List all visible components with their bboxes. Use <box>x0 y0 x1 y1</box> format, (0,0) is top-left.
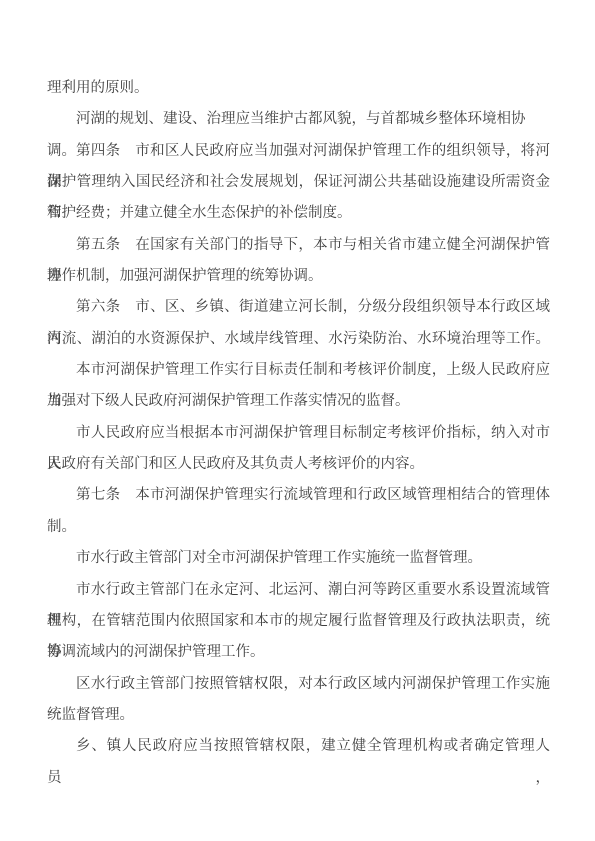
document-line: 协作机制，加强河湖保护管理的统筹协调。 <box>47 261 550 292</box>
document-line: 第五条 在国家有关部门的指导下，本市与相关省市建立健全河湖保护管理 <box>47 230 550 261</box>
document-line: 制。 <box>47 512 550 543</box>
document-line: 管护经费；并建立健全水生态保护的补偿制度。 <box>47 198 550 229</box>
document-line: 河湖的规划、建设、治理应当维护古都风貌，与首都城乡整体环境相协调。 <box>47 104 550 135</box>
document-line: 协调流域内的河湖保护管理工作。 <box>47 637 550 668</box>
document-line: 第六条 市、区、乡镇、街道建立河长制，分级分段组织领导本行政区域内 <box>47 292 550 323</box>
document-line: 保护管理纳入国民经济和社会发展规划，保证河湖公共基础设施建设所需资金和 <box>47 167 550 198</box>
document-line: 一监督管理。 <box>47 700 550 731</box>
document-line: 第四条 市和区人民政府应当加强对河湖保护管理工作的组织领导，将河湖 <box>47 136 550 167</box>
document-line: 第七条 本市河湖保护管理实行流域管理和行政区域管理相结合的管理体 <box>47 480 550 511</box>
document-line: 民政府有关部门和区人民政府及其负责人考核评价的内容。 <box>47 449 550 480</box>
document-line: 本市河湖保护管理工作实行目标责任制和考核评价制度，上级人民政府应当 <box>47 355 550 386</box>
document-line: 区水行政主管部门按照管辖权限，对本行政区域内河湖保护管理工作实施统 <box>47 669 550 700</box>
document-line: 机构，在管辖范围内依照国家和本市的规定履行监督管理及行政执法职责，统筹 <box>47 606 550 637</box>
document-line: 理利用的原则。 <box>47 73 550 104</box>
document-line: 市人民政府应当根据本市河湖保护管理目标制定考核评价指标，纳入对市人 <box>47 418 550 449</box>
document-line: 河流、湖泊的水资源保护、水域岸线管理、水污染防治、水环境治理等工作。 <box>47 324 550 355</box>
document-line: 市水行政主管部门对全市河湖保护管理工作实施统一监督管理。 <box>47 543 550 574</box>
document-text-block: 理利用的原则。河湖的规划、建设、治理应当维护古都风貌，与首都城乡整体环境相协调。… <box>47 73 550 763</box>
document-line: 乡、镇人民政府应当按照管辖权限，建立健全管理机构或者确定管理人员， <box>47 731 550 762</box>
document-line: 市水行政主管部门在永定河、北运河、潮白河等跨区重要水系设置流域管理 <box>47 575 550 606</box>
document-page: 理利用的原则。河湖的规划、建设、治理应当维护古都风貌，与首都城乡整体环境相协调。… <box>0 0 595 841</box>
document-line: 加强对下级人民政府河湖保护管理工作落实情况的监督。 <box>47 386 550 417</box>
